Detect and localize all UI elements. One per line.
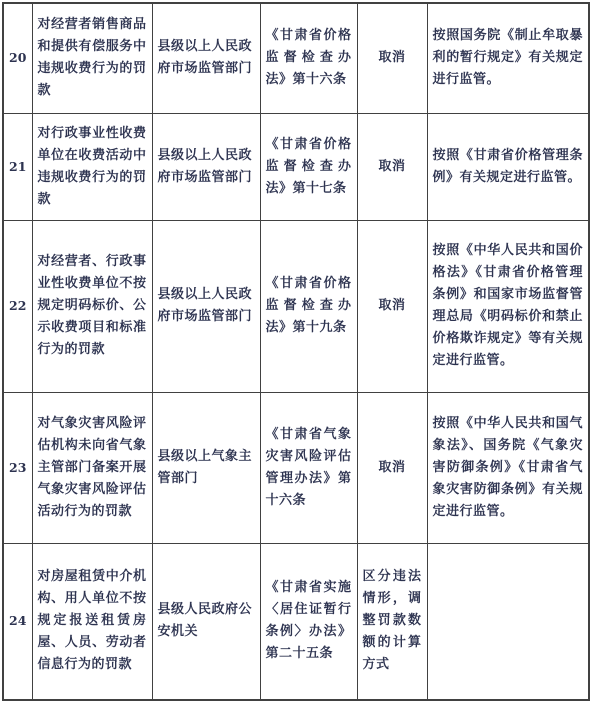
remark-cell: 按照《中华人民共和国价格法》《甘肃省价格管理条例》和国家市场监督管理总局《明码标… [427,220,589,392]
row-number-cell: 23 [3,392,32,543]
row-number-cell: 21 [3,113,32,220]
decision-cell: 区分违法情形，调整罚款数额的计算方式 [357,543,427,700]
table-row: 24 对房屋租赁中介机构、用人单位不按规定报送租赁房屋、人员、劳动者信息行为的罚… [3,543,589,700]
row-number-cell: 22 [3,220,32,392]
table-row: 23 对气象灾害风险评估机构未向省气象主管部门备案开展气象灾害风险评估活动行为的… [3,392,589,543]
decision-cell: 取消 [357,113,427,220]
row-number-cell: 20 [3,3,32,113]
row-number-cell: 24 [3,543,32,700]
table-row: 21 对行政事业性收费单位在收费活动中违规收费行为的罚款 县级以上人民政府市场监… [3,113,589,220]
remark-cell: 按照《中华人民共和国气象法》、国务院《气象灾害防御条例》《甘肃省气象灾害防御条例… [427,392,589,543]
remark-cell: 按照《甘肃省价格管理条例》有关规定进行监管。 [427,113,589,220]
table-row: 22 对经营者、行政事业性收费单位不按规定明码标价、公示收费项目和标准行为的罚款… [3,220,589,392]
legal-basis-cell: 《甘肃省实施〈居住证暂行条例〉办法》第二十五条 [260,543,357,700]
remark-cell [427,543,589,700]
decision-cell: 取消 [357,220,427,392]
remark-cell: 按照国务院《制止牟取暴利的暂行规定》有关规定进行监管。 [427,3,589,113]
penalty-table: 20 对经营者销售商品和提供有偿服务中违规收费行为的罚款 县级以上人民政府市场监… [2,2,590,701]
document-page: 20 对经营者销售商品和提供有偿服务中违规收费行为的罚款 县级以上人民政府市场监… [0,0,590,702]
penalty-item-cell: 对经营者、行政事业性收费单位不按规定明码标价、公示收费项目和标准行为的罚款 [32,220,152,392]
legal-basis-cell: 《甘肃省价格监督检查办法》第十九条 [260,220,357,392]
agency-cell: 县级以上人民政府市场监管部门 [152,220,260,392]
table-row: 20 对经营者销售商品和提供有偿服务中违规收费行为的罚款 县级以上人民政府市场监… [3,3,589,113]
agency-cell: 县级以上气象主管部门 [152,392,260,543]
penalty-item-cell: 对房屋租赁中介机构、用人单位不按规定报送租赁房屋、人员、劳动者信息行为的罚款 [32,543,152,700]
legal-basis-cell: 《甘肃省价格监督检查办法》第十七条 [260,113,357,220]
penalty-item-cell: 对经营者销售商品和提供有偿服务中违规收费行为的罚款 [32,3,152,113]
legal-basis-cell: 《甘肃省价格监督检查办法》第十六条 [260,3,357,113]
decision-cell: 取消 [357,3,427,113]
legal-basis-cell: 《甘肃省气象灾害风险评估管理办法》第十六条 [260,392,357,543]
agency-cell: 县级以上人民政府市场监管部门 [152,3,260,113]
agency-cell: 县级人民政府公安机关 [152,543,260,700]
penalty-item-cell: 对气象灾害风险评估机构未向省气象主管部门备案开展气象灾害风险评估活动行为的罚款 [32,392,152,543]
decision-cell: 取消 [357,392,427,543]
penalty-item-cell: 对行政事业性收费单位在收费活动中违规收费行为的罚款 [32,113,152,220]
agency-cell: 县级以上人民政府市场监管部门 [152,113,260,220]
